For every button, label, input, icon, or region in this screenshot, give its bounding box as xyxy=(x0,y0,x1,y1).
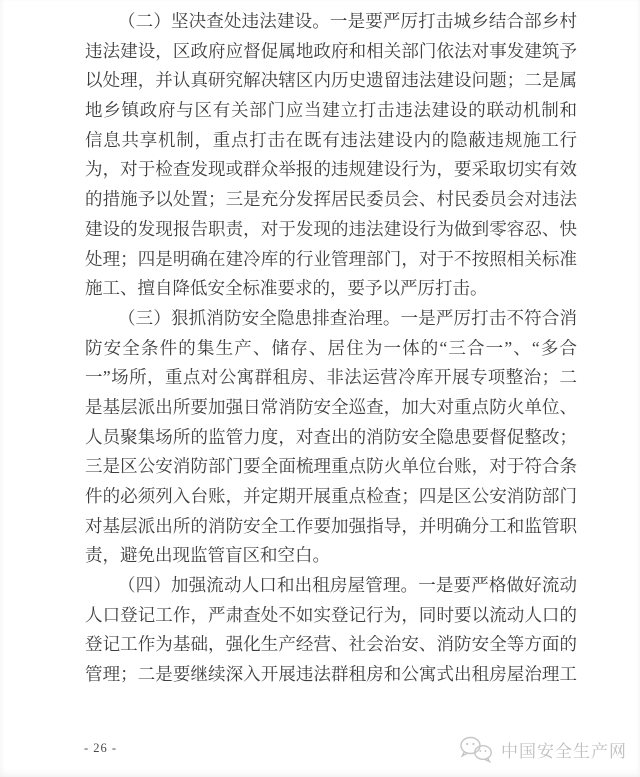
text-line: 信息共享机制，重点打击在既有违法建设内的隐蔽违规施工行 xyxy=(85,126,577,156)
text-line: 处理；四是明确在建冷库的行业管理部门，对于不按照相关标准 xyxy=(85,245,577,275)
text-line: （四）加强流动人口和出租房屋管理。一是要严格做好流动 xyxy=(85,571,577,601)
text-line: 三是区公安消防部门要全面梳理重点防火单位台账，对于符合条 xyxy=(85,452,577,482)
text-line: 违法建设，区政府应督促属地政府和相关部门依法对事发建筑予 xyxy=(85,37,577,67)
text-line: 人员聚集场所的监管力度，对查出的消防安全隐患要督促整改； xyxy=(85,423,577,453)
text-line: 建设的发现报告职责，对于发现的违法建设行为做到零容忍、快 xyxy=(85,215,577,245)
text-line: 人口登记工作，严肃查处不如实登记行为，同时要以流动人口的 xyxy=(85,601,577,631)
watermark-text: 中国安全生产网 xyxy=(501,737,627,762)
text-line: 为，对于检查发现或群众举报的违规建设行为，要采取切实有效 xyxy=(85,155,577,185)
text-line: （二）坚决查处违法建设。一是要严厉打击城乡结合部乡村 xyxy=(85,7,577,37)
text-line: 是基层派出所要加强日常消防安全巡查，加大对重点防火单位、 xyxy=(85,393,577,423)
text-line: 登记工作为基础，强化生产经营、社会治安、消防安全等方面的 xyxy=(85,630,577,660)
text-line: （三）狠抓消防安全隐患排查治理。一是严厉打击不符合消 xyxy=(85,304,577,334)
text-line: 的措施予以处置；三是充分发挥居民委员会、村民委员会对违法 xyxy=(85,185,577,215)
text-line: 责，避免出现监管盲区和空白。 xyxy=(85,541,577,571)
text-line: 管理；二是要继续深入开展违法群租房和公寓式出租房屋治理工 xyxy=(85,660,577,690)
document-body: （二）坚决查处违法建设。一是要严厉打击城乡结合部乡村违法建设，区政府应督促属地政… xyxy=(85,7,577,690)
text-line: 地乡镇政府与区有关部门应当建立打击违法建设的联动机制和 xyxy=(85,96,577,126)
page-number: - 26 - xyxy=(84,741,117,756)
text-line: 以处理，并认真研究解决辖区内历史遗留违法建设问题；二是属 xyxy=(85,66,577,96)
text-line: 件的必须列入台账，并定期开展重点检查；四是区公安消防部门 xyxy=(85,482,577,512)
text-line: 一”场所，重点对公寓群租房、非法运营冷库开展专项整治；二 xyxy=(85,363,577,393)
watermark: 中国安全生产网 xyxy=(458,735,627,763)
text-line: 对基层派出所的消防安全工作要加强指导，并明确分工和监管职 xyxy=(85,512,577,542)
text-line: 防安全条件的集生产、储存、居住为一体的“三合一”、“多合 xyxy=(85,334,577,364)
text-line: 施工、擅自降低安全标准要求的，要予以严厉打击。 xyxy=(85,274,577,304)
wechat-icon xyxy=(458,735,494,763)
document-page: （二）坚决查处违法建设。一是要严厉打击城乡结合部乡村违法建设，区政府应督促属地政… xyxy=(0,0,640,777)
